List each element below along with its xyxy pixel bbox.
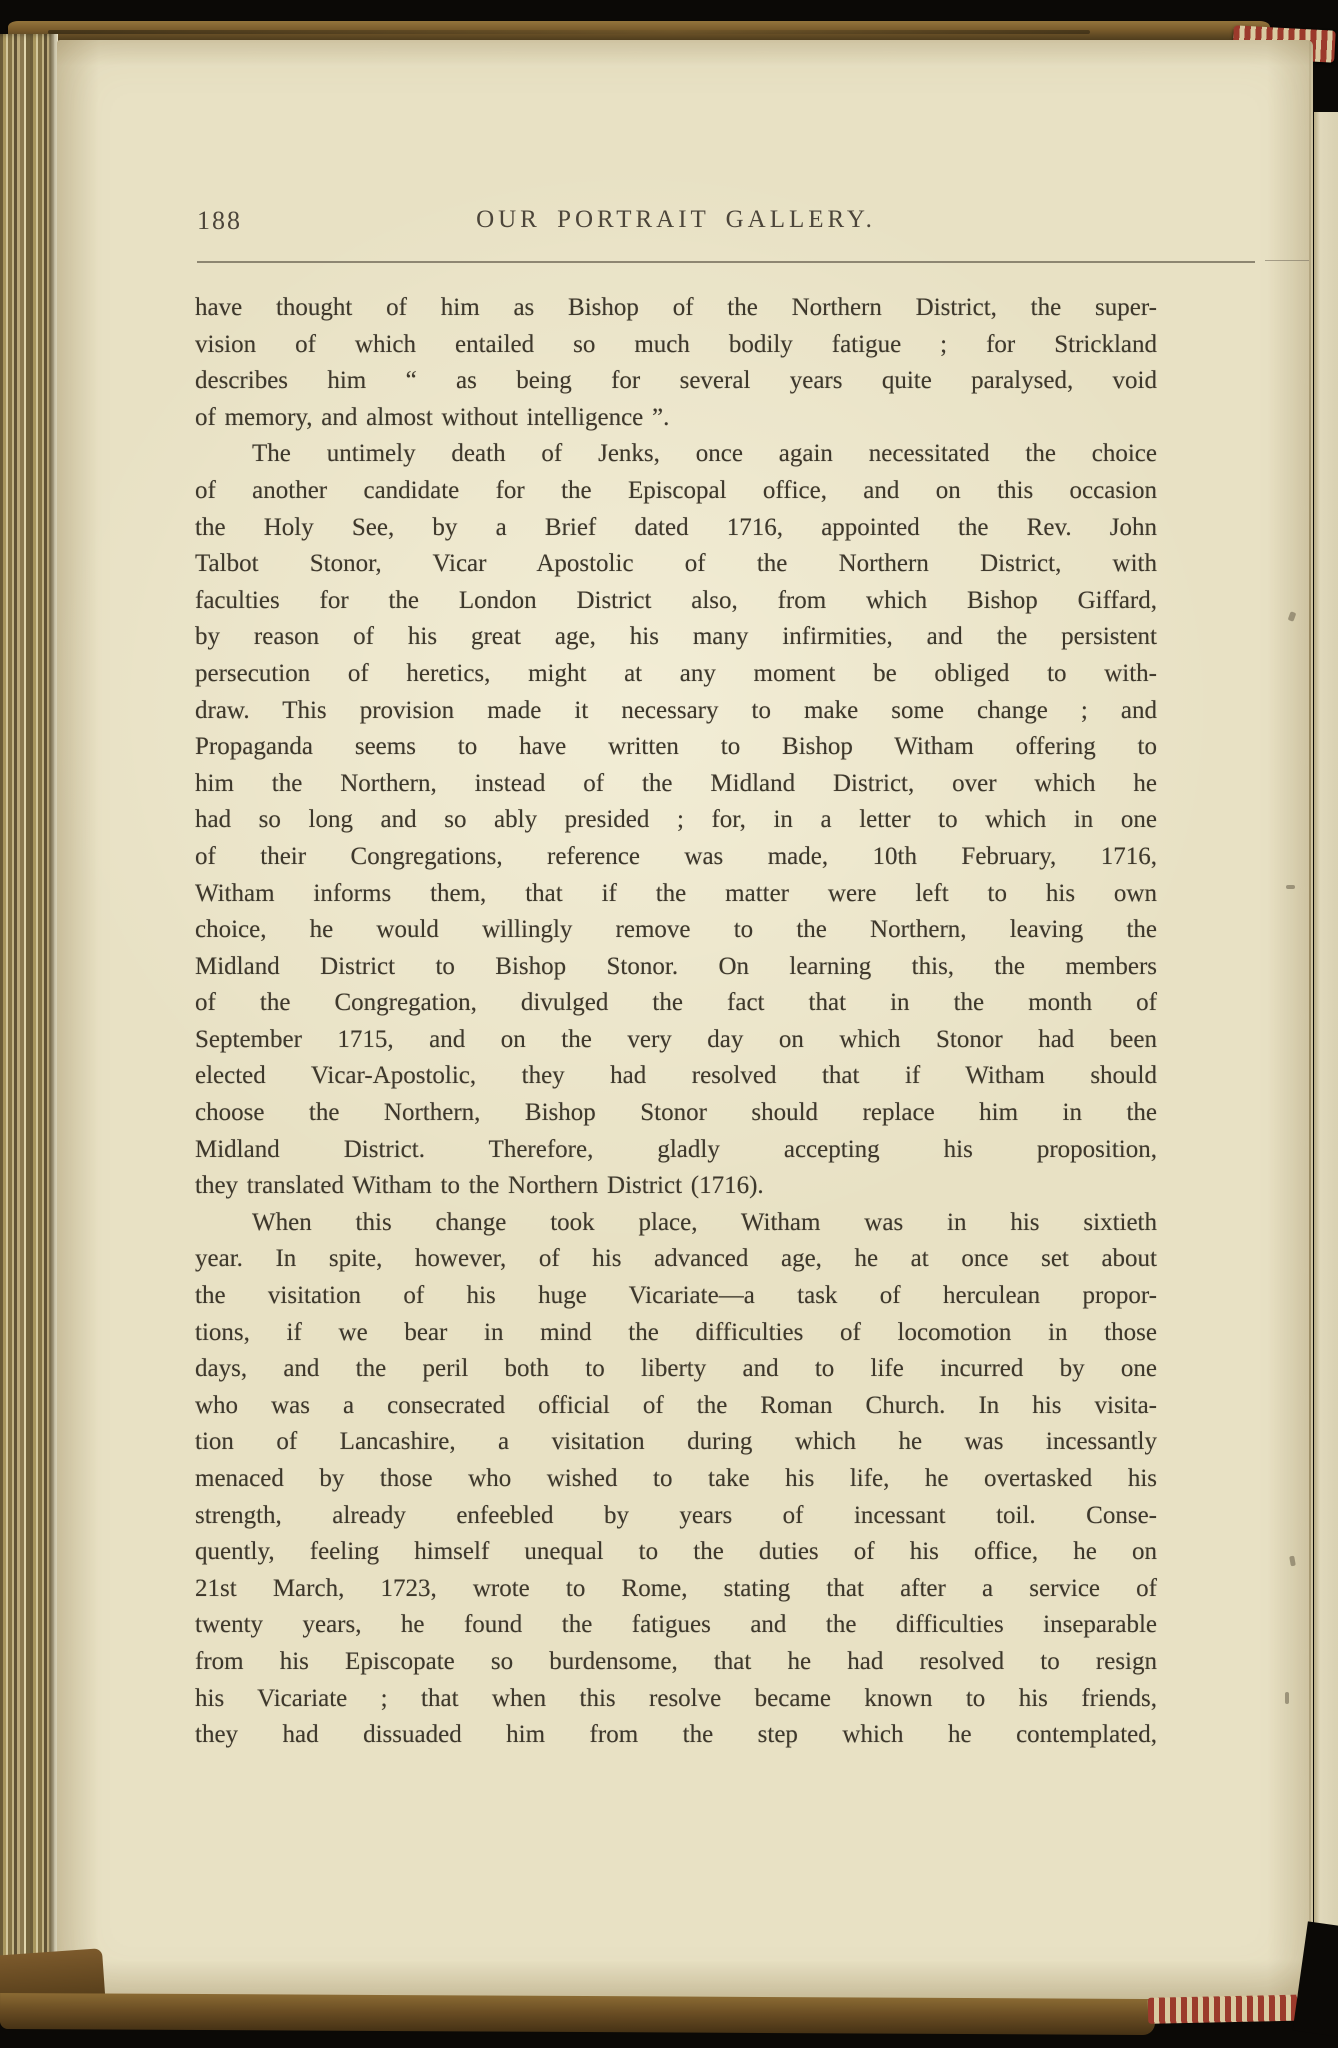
text-line: The untimely death of Jenks, once again …	[195, 436, 1157, 473]
text-line: they translated Witham to the Northern D…	[195, 1168, 1157, 1205]
text-line: they had dissuaded him from the step whi…	[195, 1717, 1157, 1754]
text-line: of memory, and almost without intelligen…	[195, 400, 1157, 437]
text-line: his Vicariate ; that when this resolve b…	[195, 1681, 1157, 1718]
text-line: draw. This provision made it necessary t…	[195, 693, 1157, 730]
text-line: Midland District to Bishop Stonor. On le…	[195, 949, 1157, 986]
text-line: who was a consecrated official of the Ro…	[195, 1388, 1157, 1425]
paper-speck	[1286, 885, 1295, 889]
text-line: by reason of his great age, his many inf…	[195, 619, 1157, 656]
text-line: 21st March, 1723, wrote to Rome, stating…	[195, 1571, 1157, 1608]
text-line: had so long and so ably presided ; for, …	[195, 802, 1157, 839]
book-bottom-cover-edge	[0, 1993, 1155, 2035]
text-line: describes him “ as being for several yea…	[195, 363, 1157, 400]
text-line: twenty years, he found the fatigues and …	[195, 1607, 1157, 1644]
text-line: Witham informs them, that if the matter …	[195, 876, 1157, 913]
text-line: Talbot Stonor, Vicar Apostolic of the No…	[195, 546, 1157, 583]
text-line: from his Episcopate so burdensome, that …	[195, 1644, 1157, 1681]
text-line: days, and the peril both to liberty and …	[195, 1351, 1157, 1388]
text-line: the visitation of his huge Vicariate—a t…	[195, 1278, 1157, 1315]
header-rule	[197, 261, 1255, 263]
text-line: tions, if we bear in mind the difficulti…	[195, 1315, 1157, 1352]
text-line: of another candidate for the Episcopal o…	[195, 473, 1157, 510]
paper-speck	[1289, 1556, 1296, 1567]
text-line: elected Vicar-Apostolic, they had resolv…	[195, 1058, 1157, 1095]
text-line: persecution of heretics, might at any mo…	[195, 656, 1157, 693]
page-header: 188 OUR PORTRAIT GALLERY.	[195, 206, 1157, 240]
page-body: have thought of him as Bishop of the Nor…	[195, 290, 1157, 1754]
text-line: of the Congregation, divulged the fact t…	[195, 985, 1157, 1022]
book-page-edges-left	[0, 34, 58, 1990]
text-line: choice, he would willingly remove to the…	[195, 912, 1157, 949]
text-line: Midland District. Therefore, gladly acce…	[195, 1132, 1157, 1169]
text-line: tion of Lancashire, a visitation during …	[195, 1424, 1157, 1461]
text-line: When this change took place, Witham was …	[195, 1205, 1157, 1242]
text-line: have thought of him as Bishop of the Nor…	[195, 290, 1157, 327]
text-line: of their Congregations, reference was ma…	[195, 839, 1157, 876]
text-line: strength, already enfeebled by years of …	[195, 1498, 1157, 1535]
book-next-page-edge	[1314, 112, 1338, 1952]
paper-speck	[1285, 1692, 1289, 1704]
text-line: the Holy See, by a Brief dated 1716, app…	[195, 510, 1157, 547]
text-line: faculties for the London District also, …	[195, 583, 1157, 620]
book-scan: 188 OUR PORTRAIT GALLERY. have thought o…	[0, 0, 1338, 2048]
book-headband-bottom	[1148, 1994, 1319, 2024]
text-line: quently, feeling himself unequal to the …	[195, 1534, 1157, 1571]
paper-speck	[1288, 611, 1297, 622]
text-line: Propaganda seems to have written to Bish…	[195, 729, 1157, 766]
book-page: 188 OUR PORTRAIT GALLERY. have thought o…	[57, 40, 1313, 2000]
running-title: OUR PORTRAIT GALLERY.	[195, 206, 1157, 234]
text-line: menaced by those who wished to take his …	[195, 1461, 1157, 1498]
text-line: him the Northern, instead of the Midland…	[195, 766, 1157, 803]
text-line: September 1715, and on the very day on w…	[195, 1022, 1157, 1059]
text-line: vision of which entailed so much bodily …	[195, 327, 1157, 364]
text-line: year. In spite, however, of his advanced…	[195, 1241, 1157, 1278]
header-rule-fragment	[1265, 260, 1309, 261]
text-line: choose the Northern, Bishop Stonor shoul…	[195, 1095, 1157, 1132]
page-crease	[1309, 40, 1311, 2000]
